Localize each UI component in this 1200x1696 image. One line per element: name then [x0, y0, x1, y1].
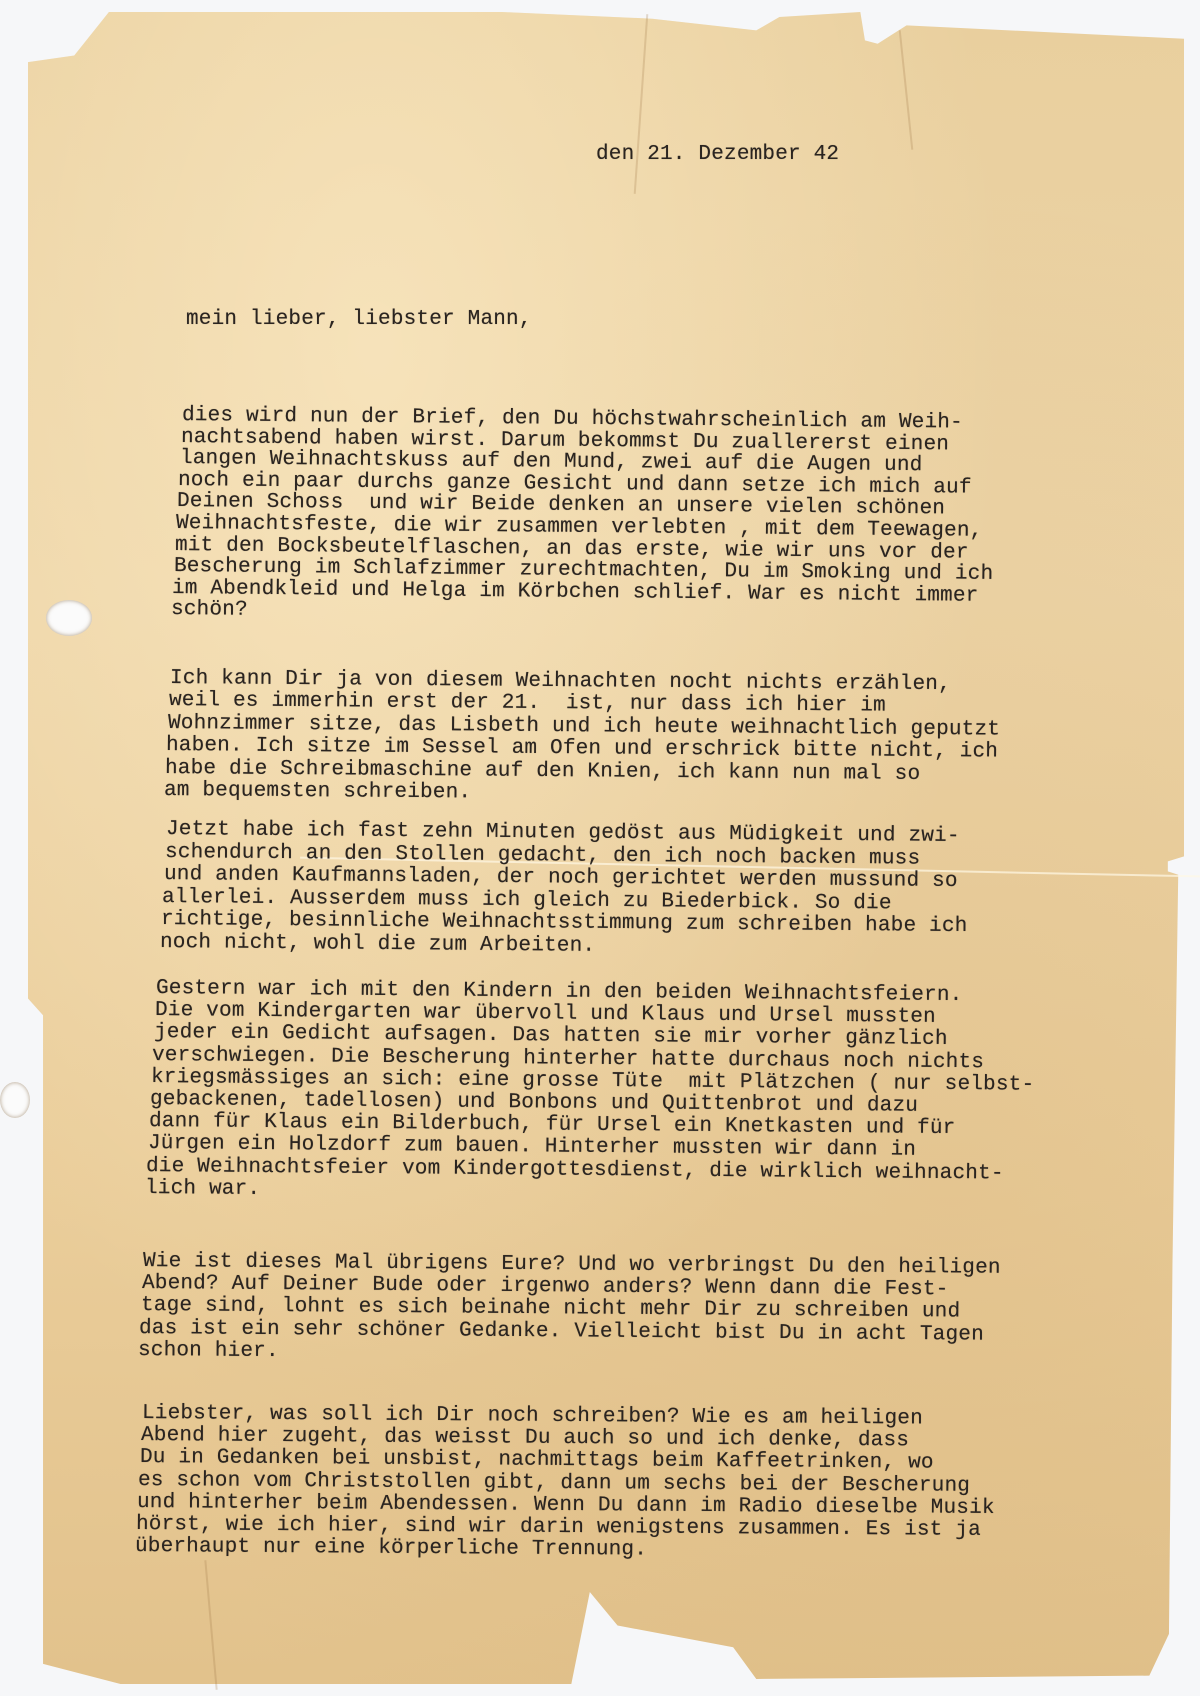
letter-line: schön? — [171, 598, 248, 622]
letter-line: noch nicht, wohl die zum Arbeiten. — [160, 931, 595, 958]
letter-text: den 21. Dezember 42 mein lieber, liebste… — [0, 0, 1200, 1696]
letter-line: lich war. — [145, 1177, 260, 1201]
letter-line: am bequemsten schreiben. — [164, 779, 471, 804]
letter-salutation: mein lieber, liebster Mann, — [186, 308, 532, 331]
letter-line: schon hier. — [138, 1339, 279, 1363]
letter-line: überhaupt nur eine körperliche Trennung. — [135, 1535, 647, 1562]
letter-date: den 21. Dezember 42 — [596, 143, 839, 166]
